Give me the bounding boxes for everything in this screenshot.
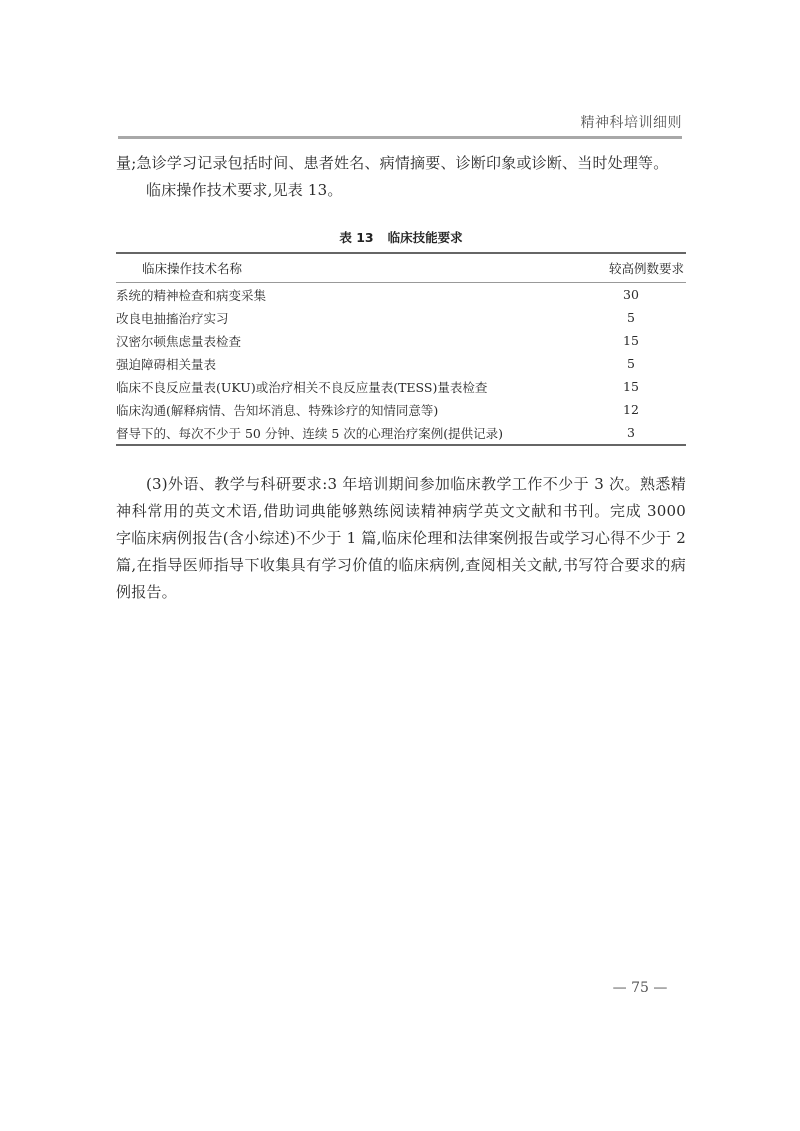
table-row: 临床不良反应量表(UKU)或治疗相关不良反应量表(TESS)量表检查 15 [116, 375, 686, 398]
table-caption-number: 表 13 [339, 230, 373, 245]
table-row: 改良电抽搐治疗实习 5 [116, 306, 686, 329]
skill-name-cell: 汉密尔顿焦虑量表检查 [116, 329, 576, 352]
table-row: 汉密尔顿焦虑量表检查 15 [116, 329, 686, 352]
skill-name-cell: 临床沟通(解释病情、告知坏消息、特殊诊疗的知情同意等) [116, 398, 576, 421]
column-header-skill-name: 临床操作技术名称 [116, 253, 576, 283]
table-row: 督导下的、每次不少于 50 分钟、连续 5 次的心理治疗案例(提供记录) 3 [116, 421, 686, 445]
skill-name-cell: 督导下的、每次不少于 50 分钟、连续 5 次的心理治疗案例(提供记录) [116, 421, 576, 445]
required-count-cell: 15 [576, 375, 686, 398]
required-count-cell: 5 [576, 352, 686, 375]
required-count-cell: 30 [576, 283, 686, 307]
table-row: 强迫障碍相关量表 5 [116, 352, 686, 375]
clinical-skills-table: 临床操作技术名称 较高例数要求 系统的精神检查和病变采集 30 改良电抽搐治疗实… [116, 252, 686, 446]
page-number: — 75 — [590, 980, 690, 996]
table-row: 系统的精神检查和病变采集 30 [116, 283, 686, 307]
paragraph-language-teaching-research: (3)外语、教学与科研要求:3 年培训期间参加临床教学工作不少于 3 次。熟悉精… [116, 471, 686, 606]
table-header-row: 临床操作技术名称 较高例数要求 [116, 253, 686, 283]
table-row: 临床沟通(解释病情、告知坏消息、特殊诊疗的知情同意等) 12 [116, 398, 686, 421]
skill-name-cell: 系统的精神检查和病变采集 [116, 283, 576, 307]
table-caption: 表 13临床技能要求 [116, 228, 686, 246]
table-caption-title: 临床技能要求 [388, 230, 463, 245]
required-count-cell: 15 [576, 329, 686, 352]
column-header-required-count: 较高例数要求 [576, 253, 686, 283]
skill-name-cell: 改良电抽搐治疗实习 [116, 306, 576, 329]
required-count-cell: 5 [576, 306, 686, 329]
required-count-cell: 12 [576, 398, 686, 421]
paragraph-table-reference: 临床操作技术要求,见表 13。 [116, 177, 686, 204]
skill-name-cell: 临床不良反应量表(UKU)或治疗相关不良反应量表(TESS)量表检查 [116, 375, 576, 398]
paragraph-emergency-records: 量;急诊学习记录包括时间、患者姓名、病情摘要、诊断印象或诊断、当时处理等。 [116, 150, 686, 177]
skill-name-cell: 强迫障碍相关量表 [116, 352, 576, 375]
required-count-cell: 3 [576, 421, 686, 445]
running-head: 精神科培训细则 [118, 112, 682, 132]
header-rule [118, 136, 682, 139]
